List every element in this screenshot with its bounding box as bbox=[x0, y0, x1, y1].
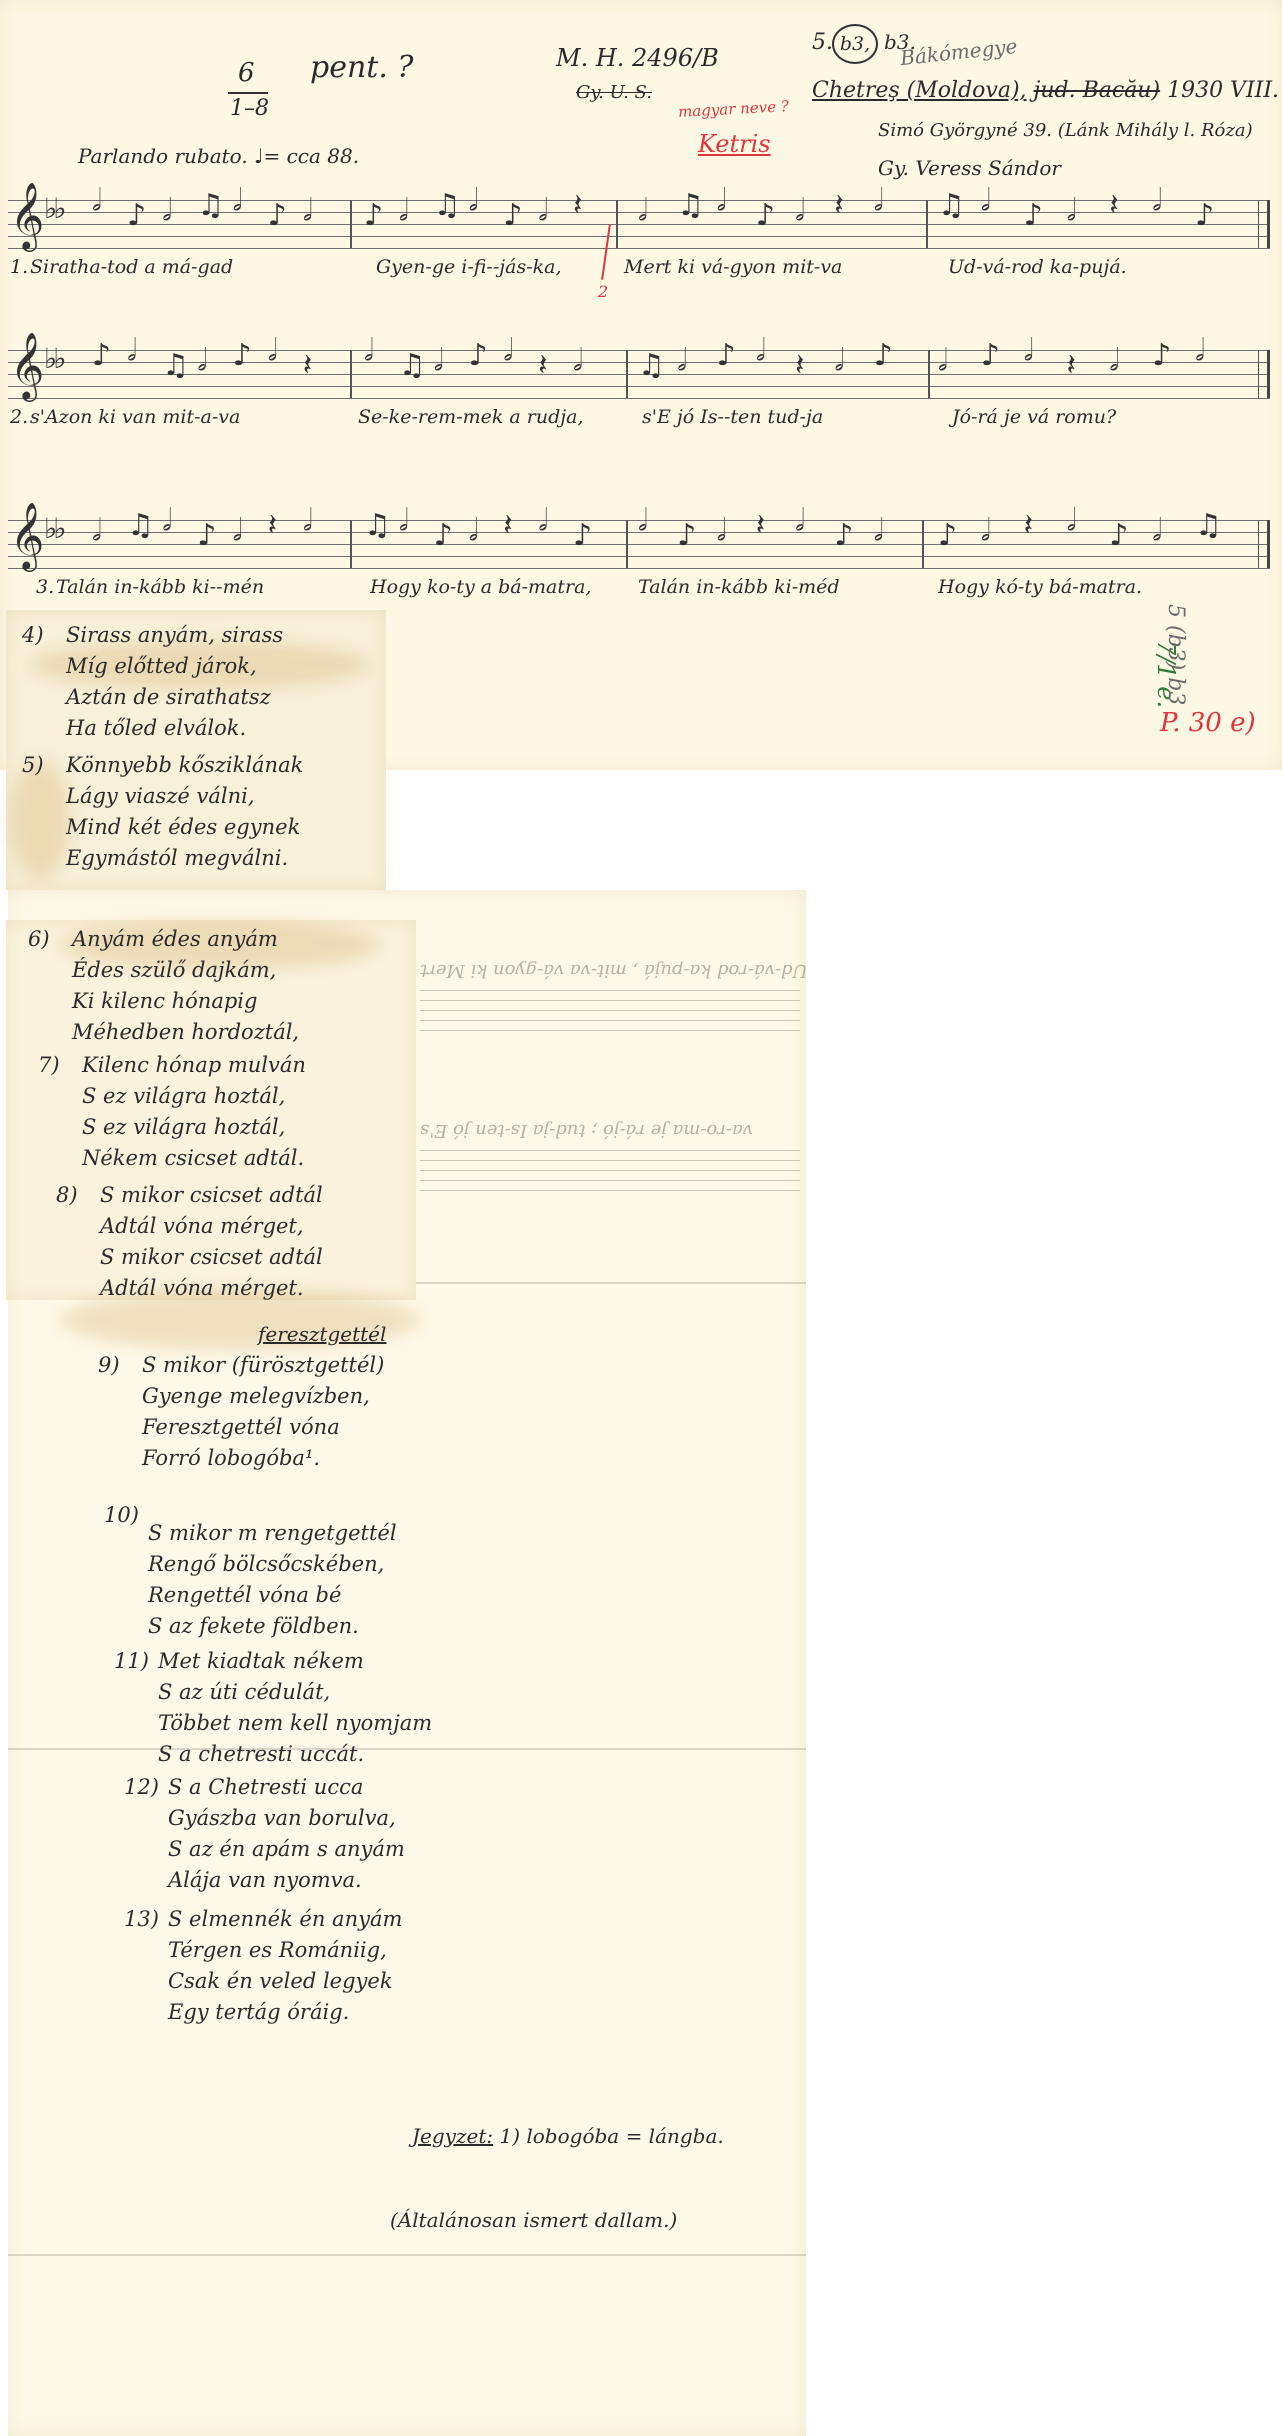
note-glyph: 𝅗𝅥 bbox=[795, 506, 805, 536]
stanza-8: 8) S mikor csicset adtál Adtál vóna mérg… bbox=[100, 1180, 323, 1304]
reverse-lyrics-2: va-ro-ma je rá-jó ; tud-ja Is-ten jó E's bbox=[420, 1120, 753, 1141]
stanza-13: 13) S elmennék én anyám Térgen es Románi… bbox=[168, 1904, 402, 2028]
note-glyph: 𝅗𝅥 bbox=[268, 336, 278, 366]
stanza-5: 5) Könnyebb kősziklának Lágy viaszé váln… bbox=[66, 750, 303, 874]
location: Chetreş (Moldova), jud. Bacău) 1930 VIII… bbox=[812, 78, 1279, 103]
note-glyph: ♫ bbox=[938, 191, 965, 221]
lyric-segment: Mert ki vá-gyon mit-va bbox=[624, 256, 842, 278]
note-glyph: 𝄽 bbox=[303, 351, 312, 381]
note-glyph: ♪ bbox=[756, 201, 775, 231]
note-glyph: 𝅗𝅥 bbox=[162, 196, 172, 226]
note-glyph: ♪ bbox=[233, 341, 252, 371]
ref-circled: b3, bbox=[832, 24, 878, 64]
note-glyph: 𝅗𝅥 bbox=[538, 196, 548, 226]
note-glyph: ♫ bbox=[1195, 511, 1222, 541]
reverse-side-music-1: Ud-vá-rod ka-pujá , mit-va vá-gyon ki Me… bbox=[420, 960, 800, 1040]
verse-number: 3. bbox=[36, 576, 54, 598]
note-glyph: 𝅗𝅥 bbox=[197, 346, 207, 376]
note-glyph: 𝄽 bbox=[1067, 351, 1076, 381]
lyric-segment: Siratha-tod a má-gad bbox=[30, 256, 233, 278]
note-glyph: ♪ bbox=[573, 521, 592, 551]
red-phrase-number: 2 bbox=[598, 282, 608, 301]
note-glyph: 𝅗𝅥 bbox=[503, 336, 513, 366]
note-glyph: 𝄽 bbox=[834, 191, 843, 221]
note-glyph: 𝅗𝅥 bbox=[469, 186, 479, 216]
note-glyph: 𝄽 bbox=[756, 511, 765, 541]
lyric-segment: Jó-rá je vá romu? bbox=[952, 406, 1116, 428]
note-glyph: ♫ bbox=[434, 191, 461, 221]
note-glyph: ♪ bbox=[364, 201, 383, 231]
note-glyph: 𝅗𝅥 bbox=[1152, 516, 1162, 546]
note-glyph: ♪ bbox=[981, 341, 1000, 371]
collector: Gy. Veress Sándor bbox=[878, 156, 1061, 180]
red-name: Ketris bbox=[698, 130, 771, 158]
note-glyph: ♫ bbox=[364, 511, 391, 541]
fraction-bar bbox=[228, 92, 268, 94]
stanza-9: 9) S mikor (fürösztgettél) Gyenge melegv… bbox=[142, 1350, 384, 1474]
note-glyph: 𝅗𝅥 bbox=[538, 506, 548, 536]
note-glyph: 𝅗𝅥 bbox=[233, 186, 243, 216]
note-glyph: ♪ bbox=[1152, 341, 1171, 371]
catalog-struck: Gy. U. S. bbox=[576, 82, 652, 103]
note-glyph: ♪ bbox=[1195, 201, 1214, 231]
stanza-4: 4) Sirass anyám, sirass Míg előtted járo… bbox=[66, 620, 283, 744]
lyric-segment: Talán in-kább ki-méd bbox=[638, 576, 840, 598]
recording-date: 1930 VIII. bbox=[1167, 78, 1279, 103]
ref-prefix: 5. bbox=[812, 30, 833, 55]
location-struck: jud. Bacău) bbox=[1034, 78, 1161, 103]
note-glyph: ♪ bbox=[434, 521, 453, 551]
note-glyph: 𝅗𝅥 bbox=[127, 336, 137, 366]
correction-above: feresztgettél bbox=[258, 1322, 386, 1346]
note-glyph: 𝅗𝅥 bbox=[1067, 506, 1077, 536]
note-glyph: 𝅗𝅥 bbox=[1152, 186, 1162, 216]
note-glyph: 𝅗𝅥 bbox=[469, 516, 479, 546]
note-glyph: ♪ bbox=[197, 521, 216, 551]
footnote-remark: (Általánosan ismert dallam.) bbox=[390, 2208, 677, 2232]
note-glyph: 𝅗𝅥 bbox=[981, 516, 991, 546]
note-glyph: 𝅗𝅥 bbox=[303, 196, 313, 226]
note-glyph: ♪ bbox=[503, 201, 522, 231]
note-glyph: ♪ bbox=[127, 201, 146, 231]
note-glyph: 𝄽 bbox=[1024, 511, 1033, 541]
note-glyph: 𝅗𝅥 bbox=[717, 516, 727, 546]
note-glyph: 𝅗𝅥 bbox=[399, 196, 409, 226]
note-glyph: ♪ bbox=[938, 521, 957, 551]
note-glyph: 𝅗𝅥 bbox=[834, 346, 844, 376]
lyric-segment: Talán in-kább ki--mén bbox=[56, 576, 264, 598]
footnote-label: Jegyzet: bbox=[412, 2124, 493, 2148]
note-glyph: 𝅗𝅥 bbox=[92, 516, 102, 546]
stanza-6: 6) Anyám édes anyám Édes szülő dajkám, K… bbox=[72, 924, 299, 1048]
note-glyph: 𝅗𝅥 bbox=[233, 516, 243, 546]
notes: 𝅗𝅥♪𝅗𝅥♫𝅗𝅥♪𝅗𝅥♪𝅗𝅥♫𝅗𝅥♪𝅗𝅥𝄽𝅗𝅥♫𝅗𝅥♪𝅗𝅥𝄽𝅗𝅥♫𝅗𝅥♪𝅗𝅥𝄽𝅗… bbox=[8, 200, 1270, 248]
notes: 𝅗𝅥♫𝅗𝅥♪𝅗𝅥𝄽𝅗𝅥♫𝅗𝅥♪𝅗𝅥𝄽𝅗𝅥♪𝅗𝅥♪𝅗𝅥𝄽𝅗𝅥♪𝅗𝅥♪𝅗𝅥𝄽𝅗𝅥♪𝅗… bbox=[8, 520, 1270, 568]
music-system-1: 𝄞 ♭♭ 𝅗𝅥♪𝅗𝅥♫𝅗𝅥♪𝅗𝅥♪𝅗𝅥♫𝅗𝅥♪𝅗𝅥𝄽𝅗𝅥♫𝅗𝅥♪𝅗𝅥𝄽𝅗𝅥♫𝅗𝅥… bbox=[8, 190, 1270, 300]
note-glyph: ♪ bbox=[874, 341, 893, 371]
note-glyph: ♫ bbox=[127, 511, 154, 541]
lyric-segment: Gyen-ge i-fi--jás-ka, bbox=[376, 256, 562, 278]
note-glyph: 𝅗𝅥 bbox=[677, 346, 687, 376]
note-glyph: 𝅗𝅥 bbox=[162, 506, 172, 536]
notes: ♪𝅗𝅥♫𝅗𝅥♪𝅗𝅥𝄽𝅗𝅥♫𝅗𝅥♪𝅗𝅥𝄽𝅗𝅥♫𝅗𝅥♪𝅗𝅥𝄽𝅗𝅥♪𝅗𝅥♪𝅗𝅥𝄽𝅗𝅥♪… bbox=[8, 350, 1270, 398]
pent-note: pent. ? bbox=[310, 50, 414, 85]
note-glyph: 𝅗𝅥 bbox=[92, 186, 102, 216]
note-glyph: 𝅗𝅥 bbox=[364, 336, 374, 366]
lyrics-line-2: 2. s'Azon ki van mit-a-va Se-ke-rem-mek … bbox=[8, 406, 1270, 436]
note-glyph: 𝅗𝅥 bbox=[638, 506, 648, 536]
lyric-segment: Ud-vá-rod ka-pujá. bbox=[948, 256, 1127, 278]
note-glyph: ♪ bbox=[469, 341, 488, 371]
lyrics-line-3: 3. Talán in-kább ki--mén Hogy ko-ty a bá… bbox=[8, 576, 1270, 606]
singer: Simó Györgyné 39. (Lánk Mihály l. Róza) bbox=[878, 120, 1253, 141]
note-glyph: 𝅗𝅥 bbox=[1195, 336, 1205, 366]
note-glyph: ♪ bbox=[1024, 201, 1043, 231]
note-glyph: 𝅗𝅥 bbox=[717, 186, 727, 216]
verse-number: 2. bbox=[10, 406, 28, 428]
tempo-marking: Parlando rubato. ♩= cca 88. bbox=[78, 144, 359, 168]
note-glyph: 𝅗𝅥 bbox=[1024, 336, 1034, 366]
note-glyph: 𝅗𝅥 bbox=[795, 196, 805, 226]
red-page-ref: P. 30 e) bbox=[1160, 708, 1256, 738]
note-glyph: 𝅗𝅥 bbox=[399, 506, 409, 536]
note-glyph: 𝅗𝅥 bbox=[1109, 346, 1119, 376]
reverse-lyrics-1: Ud-vá-rod ka-pujá , mit-va vá-gyon ki Me… bbox=[420, 960, 808, 981]
note-glyph: ♫ bbox=[399, 351, 426, 381]
note-glyph: 𝅗𝅥 bbox=[638, 196, 648, 226]
staff: 𝄞 ♭♭ ♪𝅗𝅥♫𝅗𝅥♪𝅗𝅥𝄽𝅗𝅥♫𝅗𝅥♪𝅗𝅥𝄽𝅗𝅥♫𝅗𝅥♪𝅗𝅥𝄽𝅗𝅥♪𝅗𝅥♪𝅗… bbox=[8, 350, 1270, 398]
fraction-bottom: 1–8 bbox=[230, 96, 269, 121]
note-glyph: 𝄽 bbox=[573, 191, 582, 221]
note-glyph: 𝅗𝅥 bbox=[303, 506, 313, 536]
note-glyph: 𝅗𝅥 bbox=[874, 516, 884, 546]
grey-rotated-ref: 5 (b3) b3 bbox=[1163, 604, 1188, 705]
note-glyph: 𝅗𝅥 bbox=[573, 346, 583, 376]
stanza-11: 11) Met kiadtak nékem S az úti cédulát, … bbox=[158, 1646, 432, 1770]
lyric-segment: Se-ke-rem-mek a rudja, bbox=[358, 406, 584, 428]
note-glyph: 𝄽 bbox=[795, 351, 804, 381]
note-glyph: 𝄽 bbox=[268, 511, 277, 541]
note-glyph: 𝅗𝅥 bbox=[874, 186, 884, 216]
note-glyph: ♪ bbox=[717, 341, 736, 371]
stanza-10: 10) S mikor m rengetgettél Rengő bölcsőc… bbox=[148, 1500, 397, 1642]
stanza-7: 7) Kilenc hónap mulván S ez világra hozt… bbox=[82, 1050, 306, 1174]
note-glyph: ♪ bbox=[1109, 521, 1128, 551]
music-system-3: 𝄞 ♭♭ 𝅗𝅥♫𝅗𝅥♪𝅗𝅥𝄽𝅗𝅥♫𝅗𝅥♪𝅗𝅥𝄽𝅗𝅥♪𝅗𝅥♪𝅗𝅥𝄽𝅗𝅥♪𝅗𝅥♪𝅗𝅥… bbox=[8, 510, 1270, 620]
catalog-id: M. H. 2496/B bbox=[556, 44, 719, 72]
note-glyph: 𝅗𝅥 bbox=[1067, 196, 1077, 226]
note-glyph: ♫ bbox=[162, 351, 189, 381]
note-glyph: ♪ bbox=[677, 521, 696, 551]
lyric-segment: s'Azon ki van mit-a-va bbox=[30, 406, 240, 428]
note-glyph: 𝅗𝅥 bbox=[938, 346, 948, 376]
footnote-text: 1) lobogóba = lángba. bbox=[499, 2124, 723, 2148]
lyric-segment: Hogy ko-ty a bá-matra, bbox=[370, 576, 591, 598]
note-glyph: ♪ bbox=[834, 521, 853, 551]
note-glyph: ♪ bbox=[92, 341, 111, 371]
stanza-12: 12) S a Chetresti ucca Gyászba van borul… bbox=[168, 1772, 405, 1896]
lyrics-line-1: 1. Siratha-tod a má-gad Gyen-ge i-fi--já… bbox=[8, 256, 1270, 286]
lyric-segment: s'E jó Is--ten tud-ja bbox=[642, 406, 823, 428]
note-glyph: 𝄽 bbox=[1109, 191, 1118, 221]
note-glyph: 𝅗𝅥 bbox=[981, 186, 991, 216]
music-system-2: 𝄞 ♭♭ ♪𝅗𝅥♫𝅗𝅥♪𝅗𝅥𝄽𝅗𝅥♫𝅗𝅥♪𝅗𝅥𝄽𝅗𝅥♫𝅗𝅥♪𝅗𝅥𝄽𝅗𝅥♪𝅗𝅥♪𝅗… bbox=[8, 340, 1270, 450]
staff: 𝄞 ♭♭ 𝅗𝅥♫𝅗𝅥♪𝅗𝅥𝄽𝅗𝅥♫𝅗𝅥♪𝅗𝅥𝄽𝅗𝅥♪𝅗𝅥♪𝅗𝅥𝄽𝅗𝅥♪𝅗𝅥♪𝅗𝅥… bbox=[8, 520, 1270, 568]
note-glyph: 𝅗𝅥 bbox=[756, 336, 766, 366]
note-glyph: 𝄽 bbox=[538, 351, 547, 381]
location-name: Chetreş (Moldova), bbox=[812, 78, 1027, 103]
staff: 𝄞 ♭♭ 𝅗𝅥♪𝅗𝅥♫𝅗𝅥♪𝅗𝅥♪𝅗𝅥♫𝅗𝅥♪𝅗𝅥𝄽𝅗𝅥♫𝅗𝅥♪𝅗𝅥𝄽𝅗𝅥♫𝅗𝅥… bbox=[8, 200, 1270, 248]
fraction-top: 6 bbox=[238, 58, 255, 88]
note-glyph: ♫ bbox=[197, 191, 224, 221]
note-glyph: ♪ bbox=[268, 201, 287, 231]
verse-number: 1. bbox=[10, 256, 28, 278]
lyric-segment: Hogy kó-ty bá-matra. bbox=[938, 576, 1142, 598]
note-glyph: ♫ bbox=[638, 351, 665, 381]
footnote: Jegyzet: 1) lobogóba = lángba. bbox=[412, 2124, 724, 2148]
note-glyph: 𝄽 bbox=[503, 511, 512, 541]
reverse-side-music-2: va-ro-ma je rá-jó ; tud-ja Is-ten jó E's bbox=[420, 1120, 800, 1200]
note-glyph: 𝅗𝅥 bbox=[434, 346, 444, 376]
note-glyph: ♫ bbox=[677, 191, 704, 221]
